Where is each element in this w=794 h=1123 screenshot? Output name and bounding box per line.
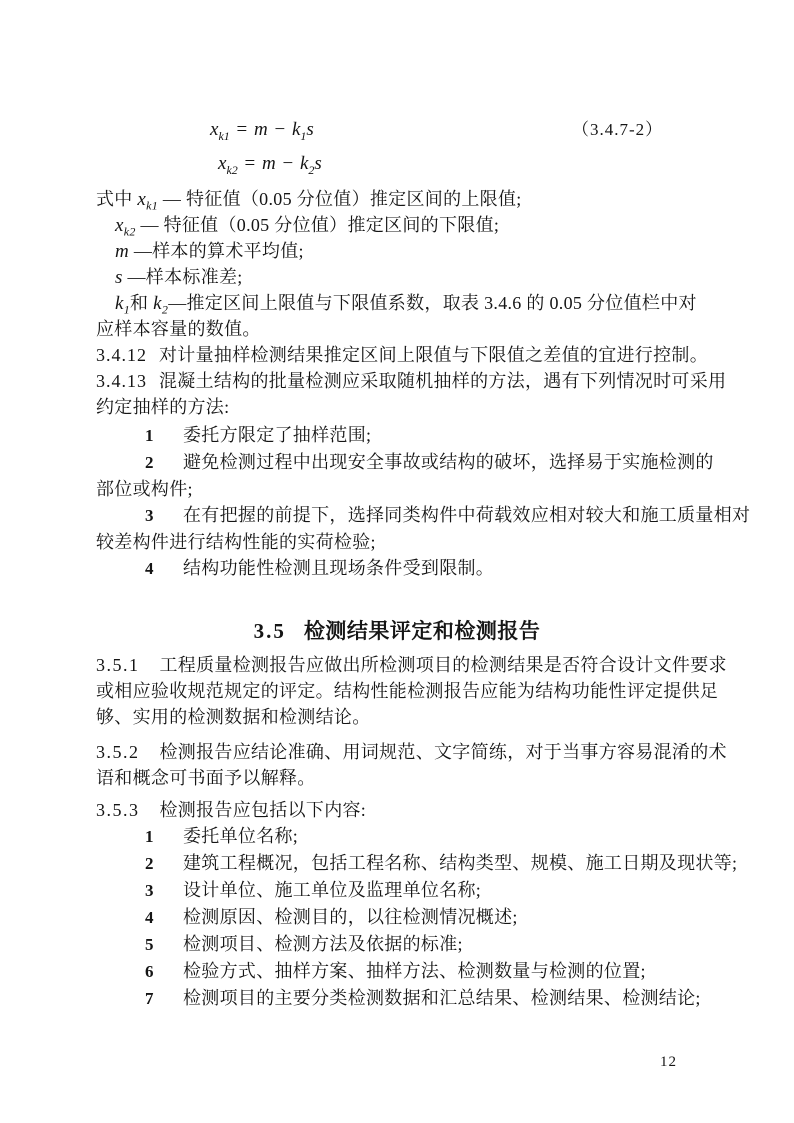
formula-lhs-subscript: k2 [226, 163, 237, 177]
definition-text: — 特征值（0.05 分位值）推定区间的下限值; [136, 215, 500, 235]
clause-text: 检测报告应结论准确、用词规范、文字简练，对于当事方容易混淆的术 [160, 742, 727, 762]
clause-3-4-13-line1: 3.4.13混凝土结构的批量检测应采取随机抽样的方法，遇有下列情况时可采用 [96, 368, 698, 394]
where-label: 式中 [96, 189, 137, 209]
list-item-text: 建筑工程概况，包括工程名称、结构类型、规模、施工日期及现状等; [183, 853, 737, 873]
list-item-text: 检测项目、检测方法及依据的标准; [183, 934, 463, 954]
formula-lhs-subscript: k1 [218, 129, 229, 143]
clause-number: 3.4.13 [96, 371, 147, 391]
list-item-number: 7 [145, 985, 183, 1012]
clause-3-5-1-line1: 3.5.1工程质量检测报告应做出所检测项目的检测结果是否符合设计文件要求 [96, 652, 698, 678]
list-item: 4结构功能性检测且现场条件受到限制。 [96, 555, 698, 582]
list-item-text: 检测项目的主要分类检测数据和汇总结果、检测结果、检测结论; [183, 988, 701, 1008]
clause-text: 工程质量检测报告应做出所检测项目的检测结果是否符合设计文件要求 [160, 655, 727, 675]
conjunction-text: 和 [130, 293, 153, 313]
list-item: 5检测项目、检测方法及依据的标准; [96, 931, 698, 958]
formula-term-m: m [254, 119, 268, 140]
list-item: 3在有把握的前提下，选择同类构件中荷载效应相对较大和施工质量相对 [96, 502, 698, 529]
page-number: 12 [660, 1054, 677, 1071]
definition-text: — 特征值（0.05 分位值）推定区间的上限值; [158, 189, 522, 209]
list-item: 2建筑工程概况，包括工程名称、结构类型、规模、施工日期及现状等; [96, 850, 698, 877]
clause-3-5-2-line2: 语和概念可书面予以解释。 [96, 765, 698, 791]
section-number: 3.5 [254, 619, 286, 643]
list-item: 7检测项目的主要分类检测数据和汇总结果、检测结果、检测结论; [96, 985, 698, 1012]
list-item-text: 在有把握的前提下，选择同类构件中荷载效应相对较大和施工质量相对 [183, 505, 750, 525]
list-item: 1委托方限定了抽样范围; [96, 422, 698, 449]
symbol-definition-s: s —样本标准差; [115, 264, 698, 290]
clause-3-5-1-line3: 够、实用的检测数据和检测结论。 [96, 704, 698, 730]
formula-term-s: s [314, 153, 321, 174]
list-item-number: 4 [145, 555, 183, 582]
clause-number: 3.5.2 [96, 742, 140, 762]
list-item-text: 设计单位、施工单位及监理单位名称; [183, 880, 481, 900]
clause-3-4-13-line2: 约定抽样的方法: [96, 394, 698, 420]
definition-text: —样本的算术平均值; [129, 241, 304, 261]
equals-sign: = [240, 153, 260, 174]
symbol-definition-k1k2: k1和 k2—推定区间上限值与下限值系数，取表 3.4.6 的 0.05 分位值… [115, 290, 698, 316]
clause-text: 检测报告应包括以下内容: [160, 800, 367, 820]
list-item-number: 1 [145, 823, 183, 850]
clause-number: 3.5.3 [96, 800, 140, 820]
list-item-number: 4 [145, 904, 183, 931]
list-item-number: 3 [145, 877, 183, 904]
clause-text: 混凝土结构的批量检测应采取随机抽样的方法，遇有下列情况时可采用 [159, 371, 726, 391]
clause-text: 对计量抽样检测结果推定区间上限值与下限值之差值的宜进行控制。 [159, 345, 708, 365]
symbol-definition-xk1: 式中 xk1 — 特征值（0.05 分位值）推定区间的上限值; [96, 186, 698, 212]
list-item-text: 委托方限定了抽样范围; [183, 425, 371, 445]
definition-continuation: 应样本容量的数值。 [96, 316, 698, 342]
equals-sign: = [232, 119, 252, 140]
symbol-x: x [115, 215, 124, 236]
page-content: xk1 = m − k1s （3.4.7-2） xk2 = m − k2s 式中… [96, 112, 698, 1012]
section-title: 检测结果评定和检测报告 [304, 619, 541, 643]
definition-text: —样本标准差; [123, 267, 243, 287]
symbol-subscript: k2 [124, 225, 136, 239]
symbol-x: x [137, 189, 146, 210]
formula-xk1-line: xk1 = m − k1s （3.4.7-2） [96, 112, 698, 148]
list-item-text: 委托单位名称; [183, 826, 298, 846]
list-item: 3设计单位、施工单位及监理单位名称; [96, 877, 698, 904]
list-item-continuation: 较差构件进行结构性能的实荷检验; [96, 529, 698, 555]
formula-xk2: xk2 = m − k2s [218, 153, 322, 174]
symbol-k1: k [115, 293, 124, 314]
clause-3-5-2-line1: 3.5.2检测报告应结论准确、用词规范、文字简练，对于当事方容易混淆的术 [96, 739, 698, 765]
list-item-number: 6 [145, 958, 183, 985]
list-item: 4检测原因、检测目的，以往检测情况概述; [96, 904, 698, 931]
symbol-k2: k [153, 293, 162, 314]
symbol-subscript: k1 [146, 199, 158, 213]
list-item: 6检验方式、抽样方案、抽样方法、检测数量与检测的位置; [96, 958, 698, 985]
minus-sign: − [278, 153, 298, 174]
clause-number: 3.4.12 [96, 345, 147, 365]
formula-term-s: s [306, 119, 313, 140]
list-item-text: 结构功能性检测且现场条件受到限制。 [183, 558, 494, 578]
list-item-number: 5 [145, 931, 183, 958]
section-heading: 3.5检测结果评定和检测报告 [96, 616, 698, 646]
equation-number: （3.4.7-2） [572, 112, 663, 148]
formula-xk1: xk1 = m − k1s [210, 119, 314, 140]
document-page: xk1 = m − k1s （3.4.7-2） xk2 = m − k2s 式中… [0, 0, 794, 1123]
list-item: 1委托单位名称; [96, 823, 698, 850]
list-item-number: 1 [145, 422, 183, 449]
symbol-s: s [115, 267, 123, 288]
symbol-definition-m: m —样本的算术平均值; [115, 238, 698, 264]
list-item-number: 3 [145, 502, 183, 529]
formula-term-m: m [262, 153, 276, 174]
symbol-m: m [115, 241, 129, 262]
list-item: 2避免检测过程中出现安全事故或结构的破坏，选择易于实施检测的 [96, 449, 698, 476]
list-item-number: 2 [145, 850, 183, 877]
clause-3-4-12: 3.4.12对计量抽样检测结果推定区间上限值与下限值之差值的宜进行控制。 [96, 342, 698, 368]
minus-sign: − [270, 119, 290, 140]
list-item-text: 检测原因、检测目的，以往检测情况概述; [183, 907, 518, 927]
list-item-number: 2 [145, 449, 183, 476]
definition-text: —推定区间上限值与下限值系数，取表 3.4.6 的 0.05 分位值栏中对 [168, 293, 697, 313]
list-item-continuation: 部位或构件; [96, 476, 698, 502]
clause-3-5-1-line2: 或相应验收规范规定的评定。结构性能检测报告应能为结构功能性评定提供足 [96, 678, 698, 704]
clause-number: 3.5.1 [96, 655, 140, 675]
symbol-definition-xk2: xk2 — 特征值（0.05 分位值）推定区间的下限值; [115, 212, 698, 238]
list-item-text: 避免检测过程中出现安全事故或结构的破坏，选择易于实施检测的 [183, 452, 714, 472]
formula-xk2-line: xk2 = m − k2s [96, 148, 698, 180]
list-item-text: 检验方式、抽样方案、抽样方法、检测数量与检测的位置; [183, 961, 646, 981]
clause-3-5-3-line1: 3.5.3检测报告应包括以下内容: [96, 797, 698, 823]
